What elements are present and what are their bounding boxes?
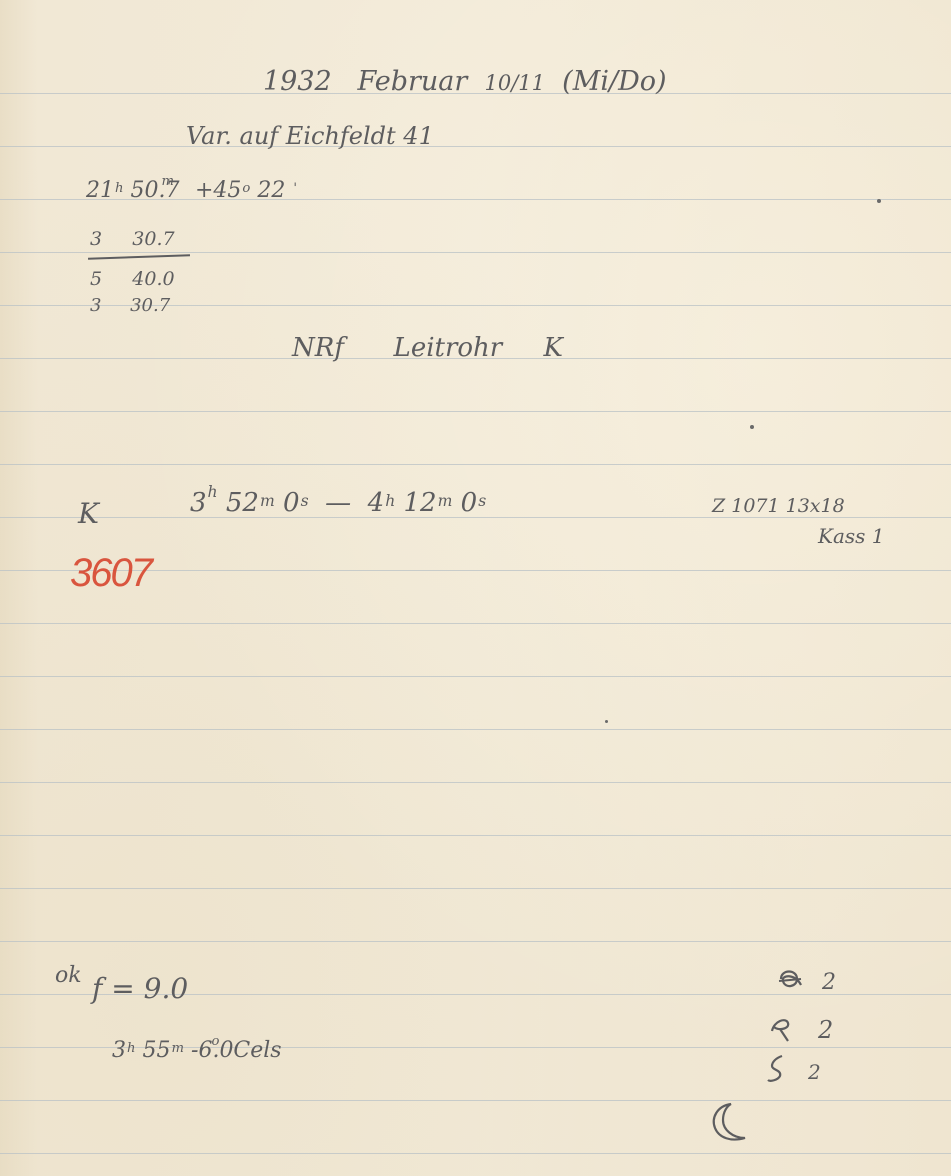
rule-line xyxy=(0,464,951,465)
rule-line xyxy=(0,1153,951,1154)
seeing-value: 2 xyxy=(822,972,836,994)
wind-value: 2 xyxy=(808,1062,821,1082)
rule-line xyxy=(0,411,951,412)
instrument-line: NRf Leitrohr K xyxy=(292,335,563,361)
stray-dot xyxy=(750,425,754,429)
calc-line-1: 3 30.7 xyxy=(90,230,175,249)
stray-dot xyxy=(877,199,881,203)
exposure-time: 3h 52m 0s — 4h 12m 0s xyxy=(190,490,486,516)
rule-line xyxy=(0,146,951,147)
stray-dot xyxy=(605,720,608,723)
bottom-time-temp: 3h 55m -6.0o Cels xyxy=(112,1040,282,1062)
calc-line-3: 3 30.7 xyxy=(90,297,170,315)
rule-line xyxy=(0,941,951,942)
transparency-symbol-icon xyxy=(768,1013,798,1048)
rule-line xyxy=(0,252,951,253)
plate-number: 3607 xyxy=(70,553,151,593)
calc-line-2: 5 40.0 xyxy=(90,270,175,289)
header-month: Februar xyxy=(357,66,467,97)
camera-label: Kass 1 xyxy=(818,526,884,546)
rule-line xyxy=(0,1100,951,1101)
seeing-symbol-icon xyxy=(775,965,809,1002)
rule-line xyxy=(0,729,951,730)
rule-line xyxy=(0,782,951,783)
header-weekdays: (Mi/Do) xyxy=(562,66,666,97)
header-year: 1932 xyxy=(263,66,332,97)
calc-sum-line xyxy=(88,254,190,260)
wind-symbol-icon xyxy=(762,1052,788,1089)
focus-value: f = 9.0 xyxy=(92,975,188,1003)
rule-line xyxy=(0,623,951,624)
rule-line xyxy=(0,676,951,677)
notebook-page: 1932 Februar 10/11 (Mi/Do) Var. auf Eich… xyxy=(0,0,951,1176)
rule-line xyxy=(0,835,951,836)
header-days: 10/11 xyxy=(484,71,545,95)
rule-line xyxy=(0,888,951,889)
exposure-label: K xyxy=(78,500,99,528)
crescent-moon-icon xyxy=(705,1100,753,1149)
ok-mark: ok xyxy=(55,965,82,987)
variable-label: Var. auf Eichfeldt 41 xyxy=(186,124,434,148)
variable-coordinates: 21h 50.7m +45o 22 ' xyxy=(86,180,297,202)
plate-info: Z 1071 13x18 xyxy=(712,497,845,516)
transparency-value: 2 xyxy=(818,1018,833,1042)
header-date: 1932 Februar 10/11 (Mi/Do) xyxy=(263,68,667,95)
